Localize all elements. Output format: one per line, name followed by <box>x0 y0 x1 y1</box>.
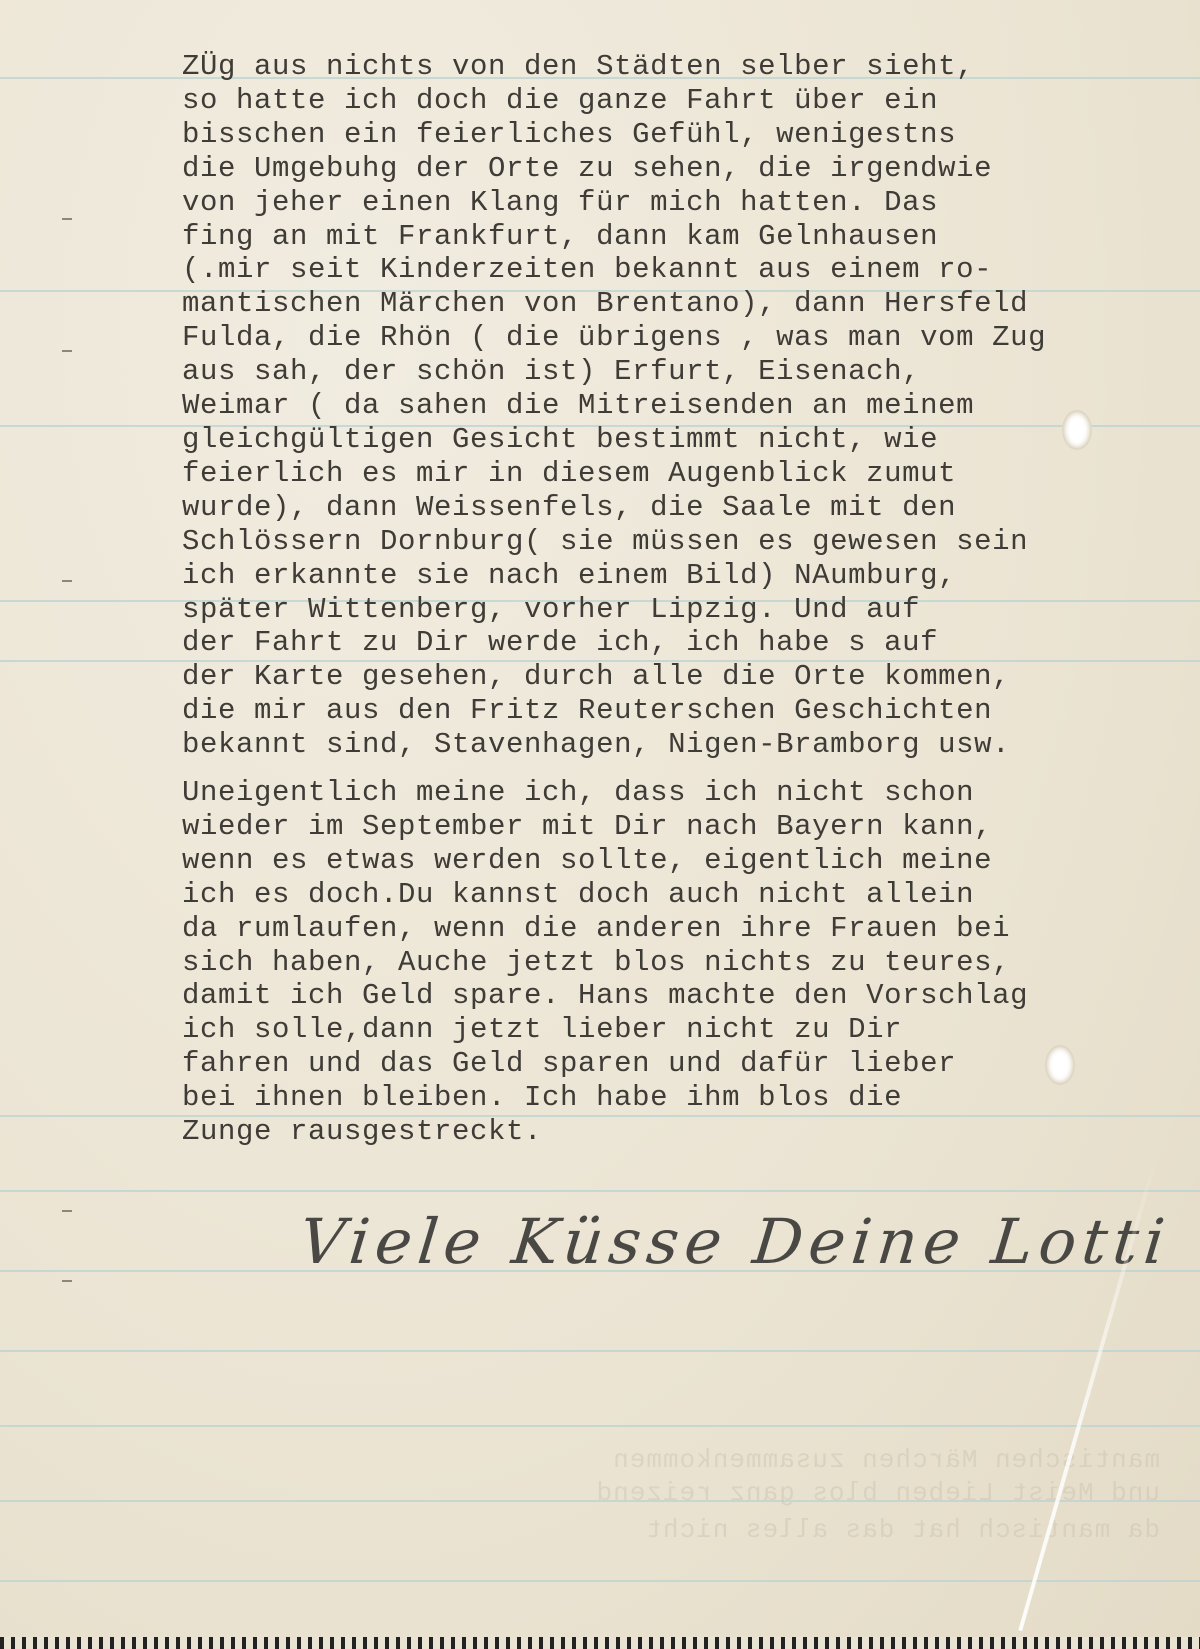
text-line: Uneigentlich meine ich, dass ich nicht s… <box>182 776 1182 810</box>
ghost-line: und Meist Lieben blos ganz reizend <box>80 1478 1160 1508</box>
paragraph: ZÜg aus nichts von den Städten selber si… <box>182 50 1182 762</box>
text-line: aus sah, der schön ist) Erfurt, Eisenach… <box>182 355 1182 389</box>
text-line: da rumlaufen, wenn die anderen ihre Frau… <box>182 912 1182 946</box>
text-line: (.mir seit Kinderzeiten bekannt aus eine… <box>182 253 1182 287</box>
text-line: ich erkannte sie nach einem Bild) NAumbu… <box>182 559 1182 593</box>
ruled-line <box>0 1190 1200 1192</box>
text-line: Zunge rausgestreckt. <box>182 1115 1182 1149</box>
text-line: ich es doch.Du kannst doch auch nicht al… <box>182 878 1182 912</box>
text-line: fahren und das Geld sparen und dafür lie… <box>182 1047 1182 1081</box>
text-line: der Fahrt zu Dir werde ich, ich habe s a… <box>182 626 1182 660</box>
margin-mark <box>62 580 72 582</box>
text-line: Weimar ( da sahen die Mitreisenden an me… <box>182 389 1182 423</box>
text-line: wurde), dann Weissenfels, die Saale mit … <box>182 491 1182 525</box>
text-line: bei ihnen bleiben. Ich habe ihm blos die <box>182 1081 1182 1115</box>
text-line: wieder im September mit Dir nach Bayern … <box>182 810 1182 844</box>
text-line: sich haben, Auche jetzt blos nichts zu t… <box>182 946 1182 980</box>
text-line: die mir aus den Fritz Reuterschen Geschi… <box>182 694 1182 728</box>
text-line: fing an mit Frankfurt, dann kam Gelnhaus… <box>182 220 1182 254</box>
punch-hole <box>1045 1045 1075 1085</box>
text-line: Schlössern Dornburg( sie müssen es gewes… <box>182 525 1182 559</box>
text-line: wenn es etwas werden sollte, eigentlich … <box>182 844 1182 878</box>
ghost-line: mantischen Märchen zusammenkommen <box>80 1445 1160 1475</box>
text-line: feierlich es mir in diesem Augenblick zu… <box>182 457 1182 491</box>
margin-mark <box>62 1210 72 1212</box>
handwritten-signature: Viele Küsse Deine Lotti <box>296 1205 1174 1278</box>
text-line: bekannt sind, Stavenhagen, Nigen-Brambor… <box>182 728 1182 762</box>
margin-mark <box>62 350 72 352</box>
text-line: der Karte gesehen, durch alle die Orte k… <box>182 660 1182 694</box>
text-line: so hatte ich doch die ganze Fahrt über e… <box>182 84 1182 118</box>
ghost-line: da mantisch hat das alles nicht <box>80 1515 1160 1545</box>
ruled-line <box>0 1350 1200 1352</box>
margin-mark <box>62 1280 72 1282</box>
text-line: gleichgültigen Gesicht bestimmt nicht, w… <box>182 423 1182 457</box>
ruled-line <box>0 1580 1200 1582</box>
text-line: mantischen Märchen von Brentano), dann H… <box>182 287 1182 321</box>
text-line: Fulda, die Rhön ( die übrigens , was man… <box>182 321 1182 355</box>
margin-mark <box>62 218 72 220</box>
ruled-line <box>0 1500 1200 1502</box>
text-line: ich solle,dann jetzt lieber nicht zu Dir <box>182 1013 1182 1047</box>
text-line: ZÜg aus nichts von den Städten selber si… <box>182 50 1182 84</box>
letter-page: mantischen Märchen zusammenkommenund Mei… <box>0 0 1200 1649</box>
text-line: von jeher einen Klang für mich hatten. D… <box>182 186 1182 220</box>
perforated-edge <box>0 1637 1200 1649</box>
ruled-line <box>0 1425 1200 1427</box>
punch-hole <box>1062 410 1092 450</box>
paragraph-gap <box>182 762 1182 776</box>
paragraph: Uneigentlich meine ich, dass ich nicht s… <box>182 776 1182 1149</box>
letter-body: ZÜg aus nichts von den Städten selber si… <box>182 50 1182 1149</box>
text-line: bisschen ein feierliches Gefühl, weniges… <box>182 118 1182 152</box>
text-line: die Umgebuhg der Orte zu sehen, die irge… <box>182 152 1182 186</box>
text-line: später Wittenberg, vorher Lipzig. Und au… <box>182 593 1182 627</box>
text-line: damit ich Geld spare. Hans machte den Vo… <box>182 979 1182 1013</box>
